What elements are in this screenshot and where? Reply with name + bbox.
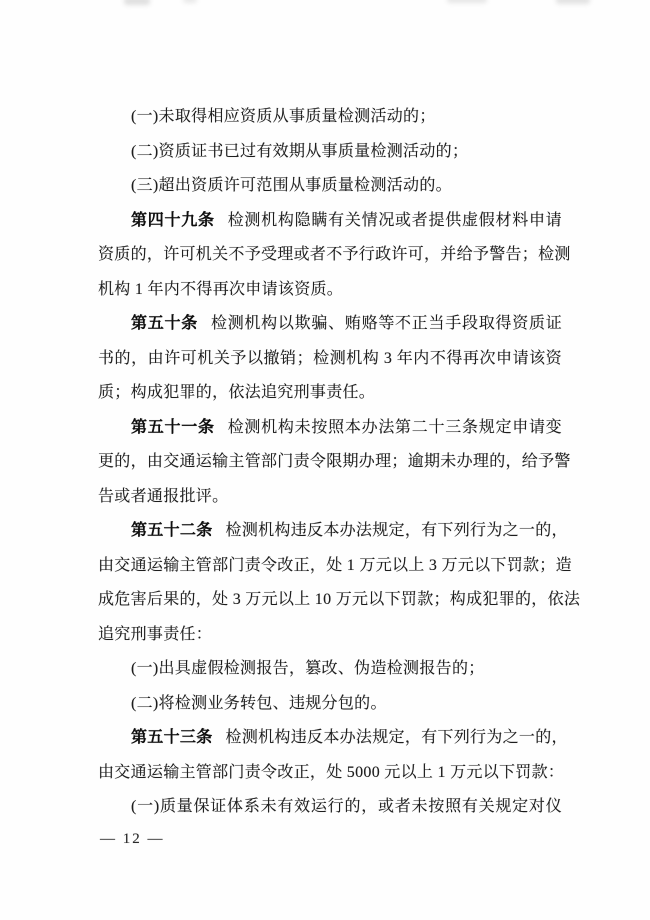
list-item-3: (三)超出资质许可范围从事质量检测活动的。 <box>98 169 562 204</box>
list-item-text: (三)超出资质许可范围从事质量检测活动的。 <box>131 177 452 194</box>
article-50-line-3: 质；构成犯罪的，依法追究刑事责任。 <box>98 376 562 411</box>
article-text: 检测机构未按照本办法第二十三条规定申请变 <box>228 419 562 436</box>
list-item-text: (一)出具虚假检测报告，篡改、伪造检测报告的； <box>131 660 485 677</box>
article-text: 检测机构隐瞒有关情况或者提供虚假材料申请 <box>228 212 562 229</box>
scan-artifact <box>124 0 150 5</box>
page-number: — 12 — <box>100 828 165 850</box>
article-49-line-2: 资质的，许可机关不予受理或者不予行政许可，并给予警告；检测 <box>98 238 562 273</box>
scan-artifact <box>556 0 590 4</box>
article-50-number: 第五十条 <box>131 315 198 332</box>
list-item-text: (一)未取得相应资质从事质量检测活动的； <box>131 108 436 125</box>
article-text: 追究刑事责任： <box>98 626 212 643</box>
article-50-line-1: 第五十条检测机构以欺骗、贿赂等不正当手段取得资质证 <box>98 307 562 342</box>
scan-artifact <box>183 0 197 3</box>
article-51-line-2: 更的，由交通运输主管部门责令限期办理；逾期未办理的，给予警 <box>98 445 562 480</box>
article-51-number: 第五十一条 <box>131 419 215 436</box>
article-text: 告或者通报批评。 <box>98 488 228 505</box>
article-52-line-2: 由交通运输主管部门责令改正，处 1 万元以上 3 万元以下罚款；造 <box>98 549 562 584</box>
list-item-1: (一)未取得相应资质从事质量检测活动的； <box>98 100 562 135</box>
article-text: 质；构成犯罪的，依法追究刑事责任。 <box>98 384 375 401</box>
document-page-body: (一)未取得相应资质从事质量检测活动的； (二)资质证书已过有效期从事质量检测活… <box>98 100 562 825</box>
article-text: 检测机构违反本办法规定，有下列行为之一的， <box>226 729 568 746</box>
article-51-line-3: 告或者通报批评。 <box>98 480 562 515</box>
article-49-line-3: 机构 1 年内不得再次申请该资质。 <box>98 273 562 308</box>
article-52-line-4: 追究刑事责任： <box>98 618 562 653</box>
article-52-number: 第五十二条 <box>131 522 213 539</box>
scan-artifact <box>447 0 487 3</box>
article-text: 由交通运输主管部门责令改正，处 5000 元以上 1 万元以下罚款： <box>98 764 564 781</box>
article-53-line-1: 第五十三条检测机构违反本办法规定，有下列行为之一的， <box>98 721 562 756</box>
article-51-line-1: 第五十一条检测机构未按照本办法第二十三条规定申请变 <box>98 411 562 446</box>
list-item-text: (二)资质证书已过有效期从事质量检测活动的； <box>131 143 468 160</box>
article-50-line-2: 书的，由许可机关予以撤销；检测机构 3 年内不得再次申请该资 <box>98 342 562 377</box>
article-52-line-3: 成危害后果的，处 3 万元以上 10 万元以下罚款；构成犯罪的，依法 <box>98 583 562 618</box>
article-49-line-1: 第四十九条检测机构隐瞒有关情况或者提供虚假材料申请 <box>98 204 562 239</box>
article-52-line-1: 第五十二条检测机构违反本办法规定，有下列行为之一的， <box>98 514 562 549</box>
article-52-item-2: (二)将检测业务转包、违规分包的。 <box>98 687 562 722</box>
list-item-text: (一)质量保证体系未有效运行的，或者未按照有关规定对仪 <box>131 798 562 815</box>
article-52-item-1: (一)出具虚假检测报告，篡改、伪造检测报告的； <box>98 652 562 687</box>
article-53-line-2: 由交通运输主管部门责令改正，处 5000 元以上 1 万元以下罚款： <box>98 756 562 791</box>
article-text: 由交通运输主管部门责令改正，处 1 万元以上 3 万元以下罚款；造 <box>98 557 572 574</box>
article-49-number: 第四十九条 <box>131 212 215 229</box>
article-text: 检测机构以欺骗、贿赂等不正当手段取得资质证 <box>211 315 562 332</box>
article-text: 更的，由交通运输主管部门责令限期办理；逾期未办理的，给予警 <box>98 453 571 470</box>
article-text: 机构 1 年内不得再次申请该资质。 <box>98 281 343 298</box>
list-item-text: (二)将检测业务转包、违规分包的。 <box>131 695 387 712</box>
list-item-2: (二)资质证书已过有效期从事质量检测活动的； <box>98 135 562 170</box>
article-53-number: 第五十三条 <box>131 729 213 746</box>
article-text: 书的，由许可机关予以撤销；检测机构 3 年内不得再次申请该资 <box>98 350 562 367</box>
article-text: 成危害后果的，处 3 万元以上 10 万元以下罚款；构成犯罪的，依法 <box>98 591 580 608</box>
article-text: 资质的，许可机关不予受理或者不予行政许可，并给予警告；检测 <box>98 246 571 263</box>
article-text: 检测机构违反本办法规定，有下列行为之一的， <box>226 522 568 539</box>
article-53-item-1: (一)质量保证体系未有效运行的，或者未按照有关规定对仪 <box>98 790 562 825</box>
